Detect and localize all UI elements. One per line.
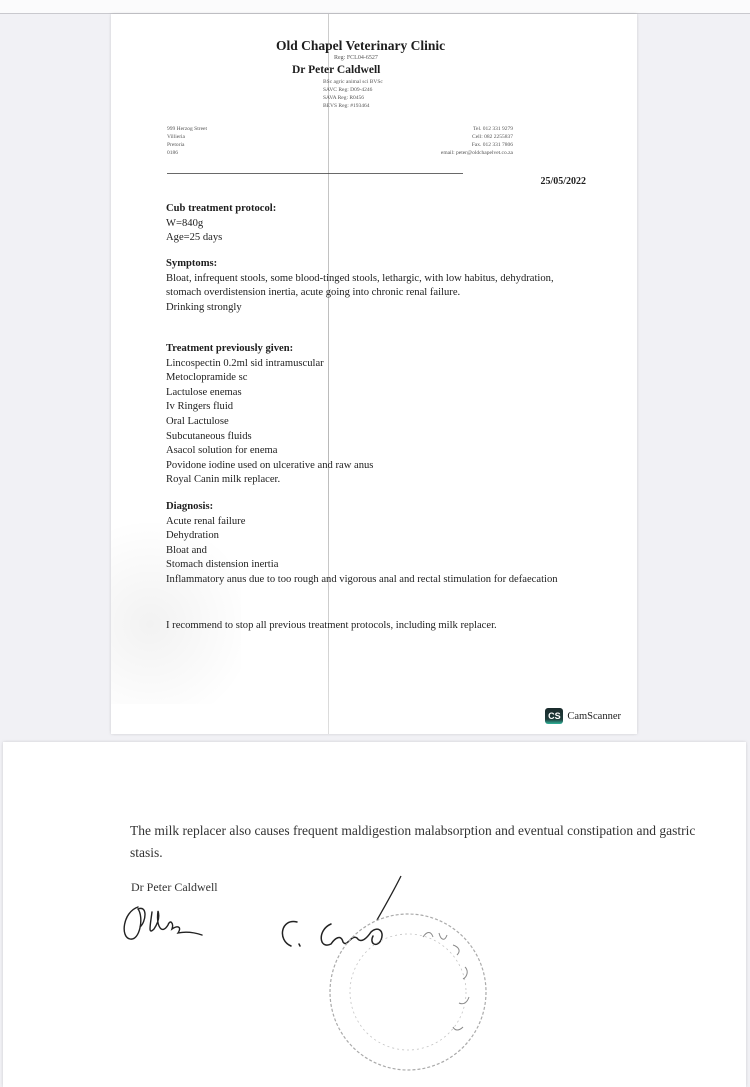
clinic-name: Old Chapel Veterinary Clinic [276,38,445,54]
clinic-registration: Reg: FCL04-6527 [334,55,378,61]
camscanner-label: CamScanner [567,711,621,722]
symptoms-extra: Drinking strongly [166,301,586,316]
document-date: 25/05/2022 [540,176,586,187]
address-line: 999 Herzog Street [167,125,207,133]
signer-name: Dr Peter Caldwell [131,880,218,895]
qualification-line: BSc agric animal sci BVSc [323,78,383,86]
address-line: Villieria [167,133,207,141]
scanned-page-2: The milk replacer also causes frequent m… [3,742,746,1087]
treatment-title: Treatment previously given: [166,342,586,357]
qualification-line: SAVC Reg: D09-4246 [323,86,383,94]
official-stamp-icon [313,897,493,1087]
treatment-section: Treatment previously given: Lincospectin… [166,342,586,488]
protocol-title: Cub treatment protocol: [166,202,586,217]
symptoms-section: Symptoms: Bloat, infrequent stools, some… [166,257,586,315]
treatment-item: Lactulose enemas [166,386,586,401]
treatment-list: Lincospectin 0.2ml sid intramuscular Met… [166,357,586,488]
cub-age: Age=25 days [166,231,586,246]
treatment-item: Lincospectin 0.2ml sid intramuscular [166,357,586,372]
milk-replacer-note: The milk replacer also causes frequent m… [130,820,710,864]
diagnosis-item: Stomach distension inertia [166,558,586,573]
handwritten-signature-icon [118,897,213,947]
symptoms-title: Symptoms: [166,257,586,272]
camscanner-logo-icon: CS [545,708,563,724]
treatment-item: Metoclopramide sc [166,371,586,386]
diagnosis-section: Diagnosis: Acute renal failure Dehydrati… [166,500,586,588]
diagnosis-item: Bloat and [166,544,586,559]
address-line: Pretoria [167,141,207,149]
contact-email: email: peter@oldchapelvet.co.za [441,149,513,157]
protocol-section: Cub treatment protocol: W=840g Age=25 da… [166,202,586,246]
doctor-name: Dr Peter Caldwell [292,64,380,76]
treatment-item: Oral Lactulose [166,415,586,430]
doctor-qualifications: BSc agric animal sci BVSc SAVC Reg: D09-… [323,78,383,110]
camscanner-badge: CS CamScanner [545,708,621,724]
diagnosis-item: Inflammatory anus due to too rough and v… [166,573,586,588]
cub-weight: W=840g [166,217,586,232]
recommendation: I recommend to stop all previous treatme… [166,620,497,631]
qualification-line: BEVS Reg: #193464 [323,102,383,110]
contact-tel: Tel. 012 331 9279 [441,125,513,133]
diagnosis-list: Acute renal failure Dehydration Bloat an… [166,515,586,588]
diagnosis-item: Dehydration [166,529,586,544]
treatment-item: Subcutaneous fluids [166,430,586,445]
treatment-item: Povidone iodine used on ulcerative and r… [166,459,586,474]
clinic-contact: Tel. 012 331 9279 Cell: 082 2255837 Fax.… [441,125,513,157]
viewer-top-bar [0,0,750,14]
scanned-page-1: Old Chapel Veterinary Clinic Reg: FCL04-… [111,14,637,734]
clinic-address: 999 Herzog Street Villieria Pretoria 018… [167,125,207,157]
contact-cell: Cell: 082 2255837 [441,133,513,141]
diagnosis-item: Acute renal failure [166,515,586,530]
symptoms-text: Bloat, infrequent stools, some blood-tin… [166,272,586,301]
address-line: 0186 [167,149,207,157]
header-divider [167,173,463,174]
treatment-item: Iv Ringers fluid [166,400,586,415]
contact-fax: Fax. 012 331 7806 [441,141,513,149]
treatment-item: Asacol solution for enema [166,444,586,459]
diagnosis-title: Diagnosis: [166,500,586,515]
treatment-item: Royal Canin milk replacer. [166,473,586,488]
qualification-line: SAVA Reg: R0456 [323,94,383,102]
